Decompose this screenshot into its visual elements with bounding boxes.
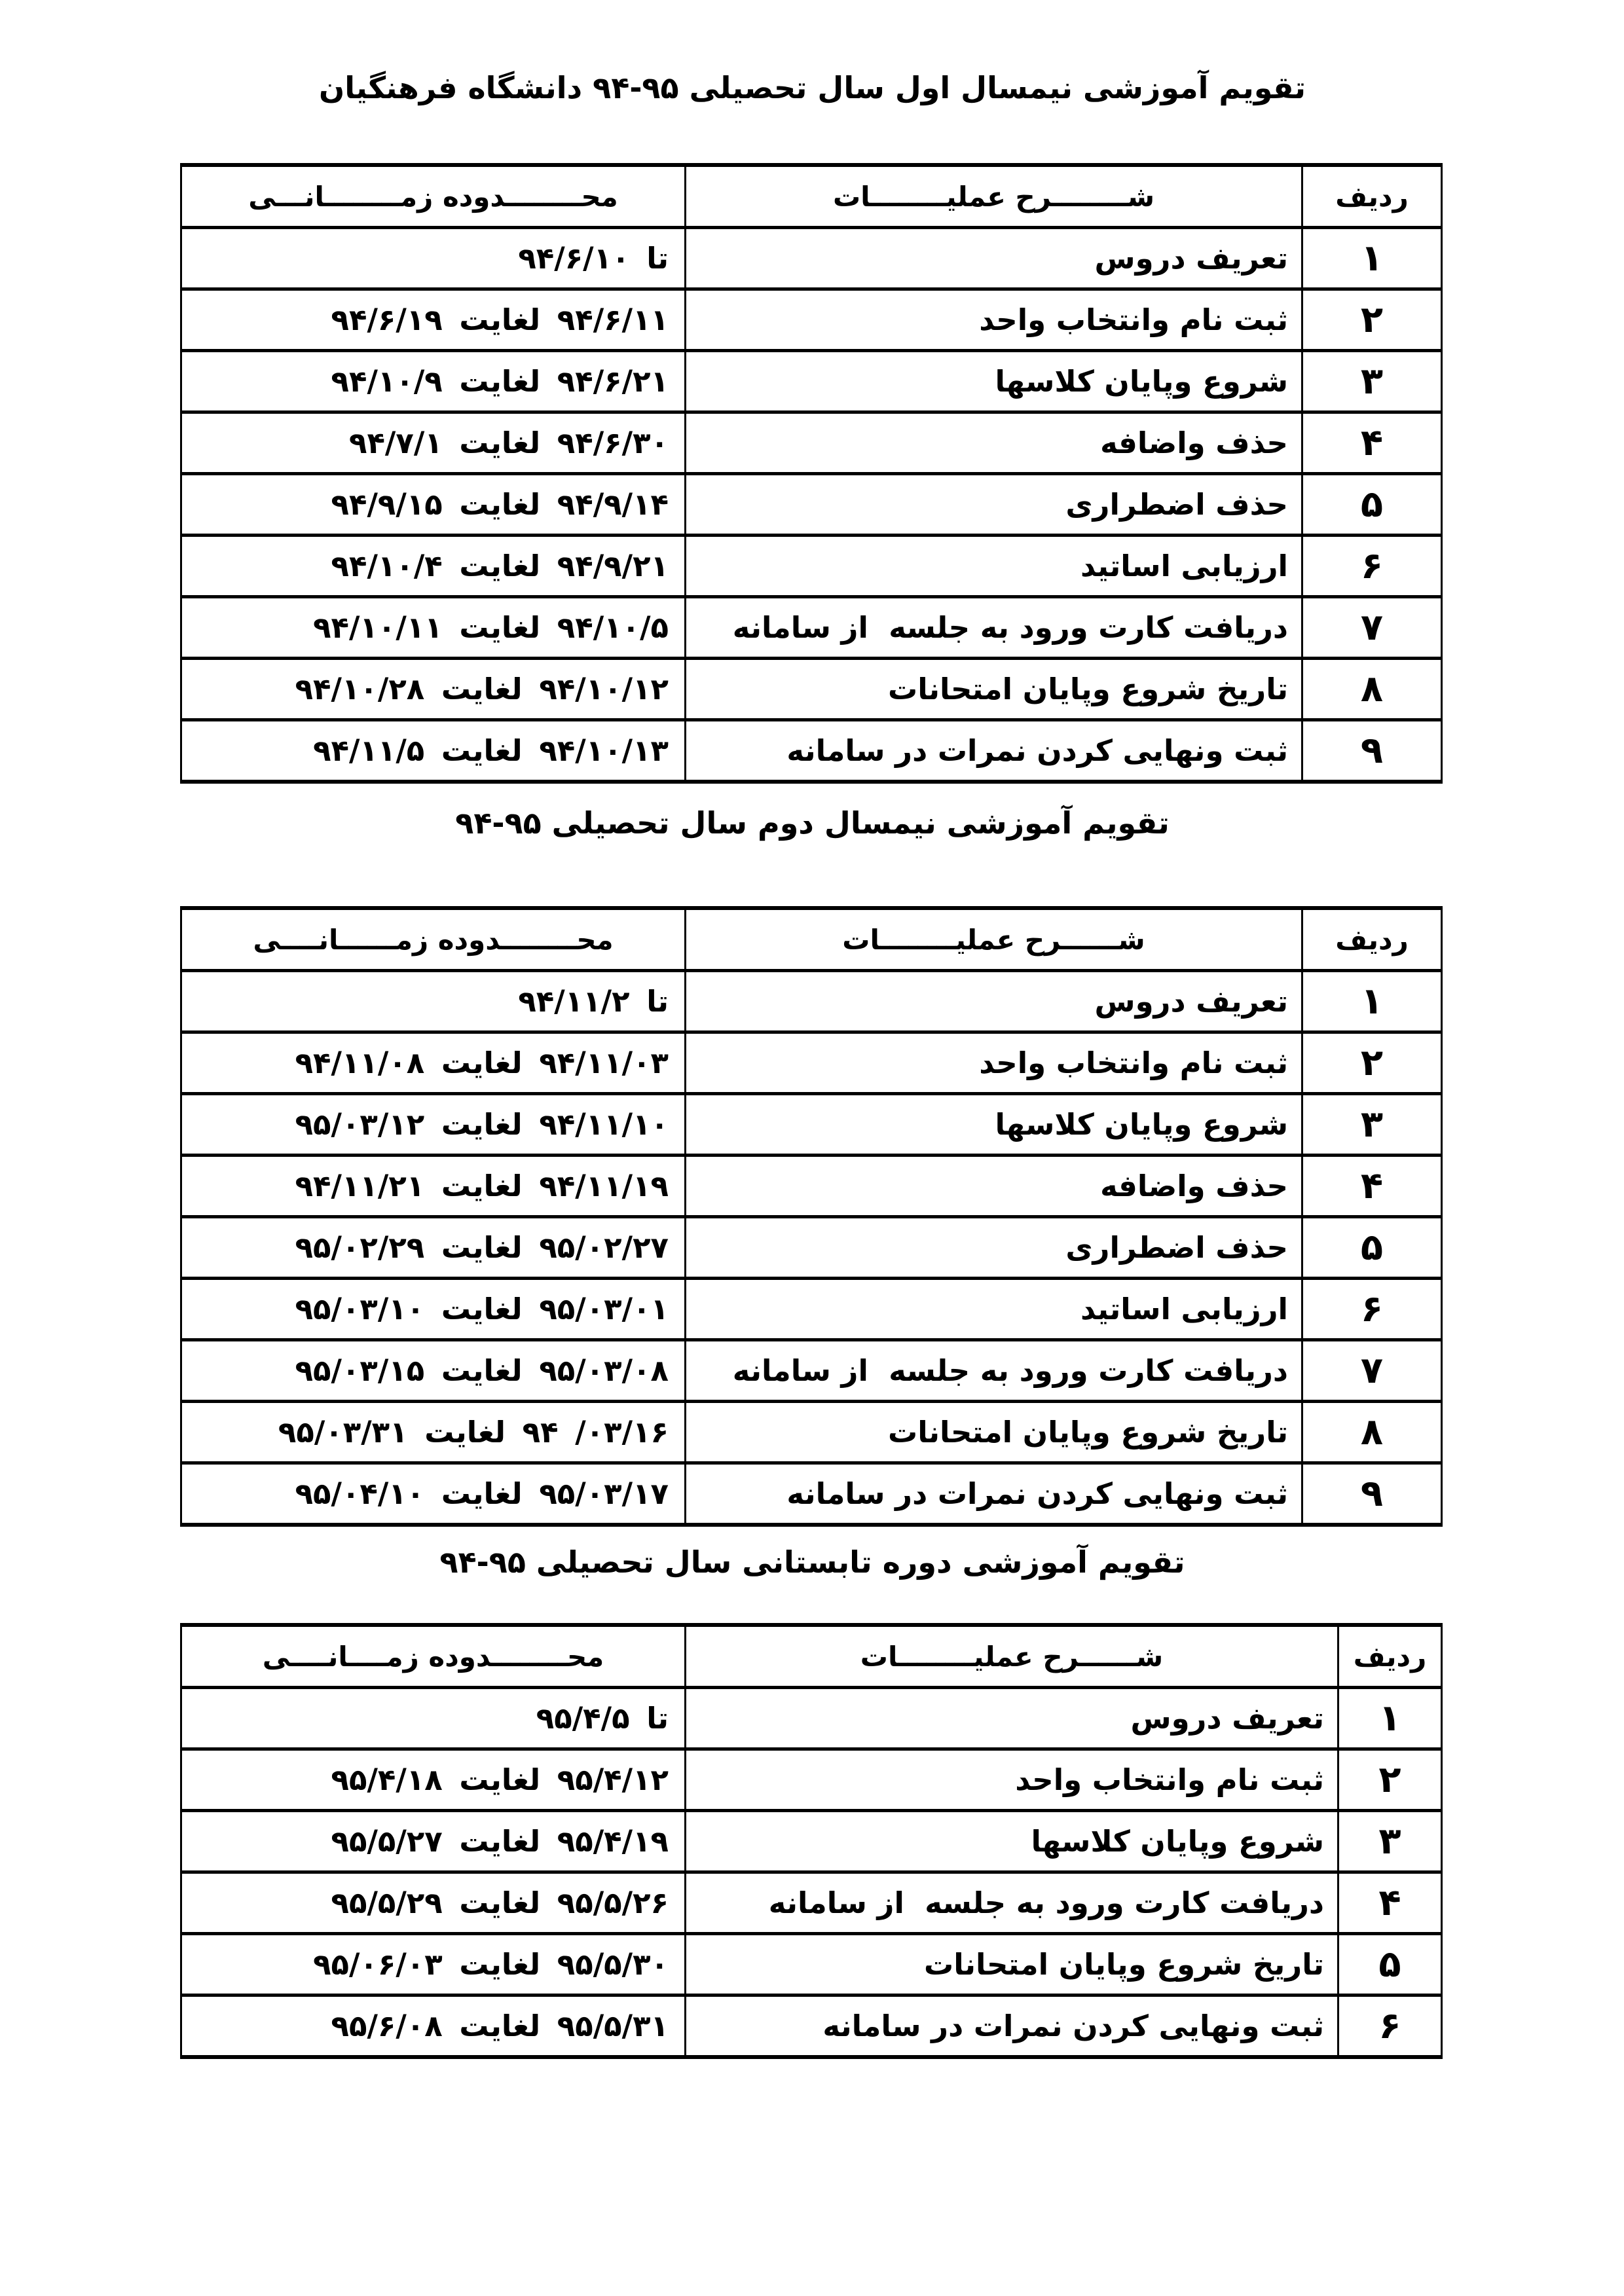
time-range-cell: ⁦۹۴ /۰۳/۱۶⁩ لغایت ۹۵/۰۳/۳۱ — [181, 1402, 686, 1463]
time-range-cell: ۹۵/۵/۳۱ لغایت ۹۵/۶/۰۸ — [181, 1995, 686, 2058]
table-row: ۲ثبت نام وانتخاب واحد۹۵/۴/۱۲ لغایت ۹۵/۴/… — [181, 1749, 1442, 1811]
operation-cell: حذف اضطراری — [686, 1217, 1302, 1279]
operation-cell: حذف اضطراری — [686, 474, 1302, 536]
table-row: ۳شروع وپایان کلاسها۹۴/۱۱/۱۰ لغایت ۹۵/۰۳/… — [181, 1094, 1442, 1156]
row-number-cell: ۴ — [1302, 1156, 1442, 1217]
table-row: ۵تاریخ شروع وپایان امتحانات۹۵/۵/۳۰ لغایت… — [181, 1934, 1442, 1995]
time-range-cell: ۹۵/۴/۱۹ لغایت ۹۵/۵/۲۷ — [181, 1811, 686, 1872]
col-header-operations: شــــــــرح عملیــــــــات — [686, 165, 1302, 228]
operation-cell: تعریف دروس — [686, 1688, 1338, 1749]
page: تقویم آموزشی نیمسال اول سال تحصیلی ۹۵-۹۴… — [0, 0, 1624, 2296]
operation-cell: شروع وپایان کلاسها — [686, 351, 1302, 412]
table-row: ۴حذف واضافه۹۴/۱۱/۱۹ لغایت ۹۴/۱۱/۲۱ — [181, 1156, 1442, 1217]
time-range-cell: ۹۴/۶/۱۱ لغایت ۹۴/۶/۱۹ — [181, 289, 686, 351]
time-range-cell: ۹۴/۱۱/۱۹ لغایت ۹۴/۱۱/۲۱ — [181, 1156, 686, 1217]
col-header-operations: شــــــرح عملیــــــــات — [686, 908, 1302, 971]
table-row: ۲ثبت نام وانتخاب واحد۹۴/۱۱/۰۳ لغایت ۹۴/۱… — [181, 1032, 1442, 1094]
operation-cell: ثبت ونهایی کردن نمرات در سامانه — [686, 1995, 1338, 2058]
row-number-cell: ۸ — [1302, 659, 1442, 720]
calendar-section: تقویم آموزشی نیمسال اول سال تحصیلی ۹۵-۹۴… — [182, 65, 1443, 784]
table-row: ۸تاریخ شروع وپایان امتحانات۹۴/۱۰/۱۲ لغای… — [181, 659, 1442, 720]
operation-cell: ثبت نام وانتخاب واحد — [686, 289, 1302, 351]
row-number-cell: ۴ — [1302, 412, 1442, 474]
section-title: تقویم آموزشی نیمسال دوم سال تحصیلی ۹۵-۹۴ — [182, 801, 1443, 846]
operation-cell: دریافت کارت ورود به جلسه از سامانه — [686, 1340, 1302, 1402]
row-number-cell: ۳ — [1338, 1811, 1442, 1872]
row-number-cell: ۳ — [1302, 1094, 1442, 1156]
col-header-radif: ردیف — [1338, 1625, 1442, 1688]
document: تقویم آموزشی نیمسال اول سال تحصیلی ۹۵-۹۴… — [182, 0, 1443, 2059]
table-row: ۵حذف اضطراری۹۵/۰۲/۲۷ لغایت ۹۵/۰۲/۲۹ — [181, 1217, 1442, 1279]
row-number-cell: ۵ — [1302, 1217, 1442, 1279]
section-title: تقویم آموزشی دوره تابستانی سال تحصیلی ۹۵… — [182, 1540, 1443, 1585]
col-header-time-range: محــــــــدوده زمــــــانــــی — [181, 908, 686, 971]
time-range-cell: ۹۴/۱۰/۵ لغایت ۹۴/۱۰/۱۱ — [181, 597, 686, 659]
table-row: ۶ارزیابی اساتید۹۵/۰۳/۰۱ لغایت ۹۵/۰۳/۱۰ — [181, 1279, 1442, 1340]
time-range-cell: ۹۴/۶/۳۰ لغایت ۹۴/۷/۱ — [181, 412, 686, 474]
col-header-radif: ردیف — [1302, 908, 1442, 971]
row-number-cell: ۹ — [1302, 720, 1442, 782]
operation-cell: تعریف دروس — [686, 971, 1302, 1032]
time-range-cell: ۹۵/۰۲/۲۷ لغایت ۹۵/۰۲/۲۹ — [181, 1217, 686, 1279]
row-number-cell: ۷ — [1302, 597, 1442, 659]
time-range-cell: ۹۵/۵/۳۰ لغایت ۹۵/۰۶/۰۳ — [181, 1934, 686, 1995]
operation-cell: شروع وپایان کلاسها — [686, 1094, 1302, 1156]
table-row: ۴حذف واضافه۹۴/۶/۳۰ لغایت ۹۴/۷/۱ — [181, 412, 1442, 474]
row-number-cell: ۲ — [1302, 289, 1442, 351]
time-range-cell: تا ۹۵/۴/۵ — [181, 1688, 686, 1749]
row-number-cell: ۲ — [1302, 1032, 1442, 1094]
table-row: ۷دریافت کارت ورود به جلسه از سامانه۹۵/۰۳… — [181, 1340, 1442, 1402]
operation-cell: ثبت نام وانتخاب واحد — [686, 1032, 1302, 1094]
time-range-cell: ۹۴/۱۱/۱۰ لغایت ۹۵/۰۳/۱۲ — [181, 1094, 686, 1156]
time-range-cell: ۹۵/۰۳/۱۷ لغایت ۹۵/۰۴/۱۰ — [181, 1463, 686, 1525]
row-number-cell: ۹ — [1302, 1463, 1442, 1525]
row-number-cell: ۷ — [1302, 1340, 1442, 1402]
calendar-table: ردیف شــــــــرح عملیــــــــات محــــــ… — [180, 163, 1443, 784]
table-row: ۶ثبت ونهایی کردن نمرات در سامانه۹۵/۵/۳۱ … — [181, 1995, 1442, 2058]
table-row: ۳شروع وپایان کلاسها۹۵/۴/۱۹ لغایت ۹۵/۵/۲۷ — [181, 1811, 1442, 1872]
operation-cell: تعریف دروس — [686, 228, 1302, 289]
operation-cell: تاریخ شروع وپایان امتحانات — [686, 1934, 1338, 1995]
table-header-row: ردیف شــــــــرح عملیــــــــات محــــــ… — [181, 165, 1442, 228]
time-range-cell: تا ۹۴/۶/۱۰ — [181, 228, 686, 289]
row-number-cell: ۶ — [1302, 1279, 1442, 1340]
calendar-section: تقویم آموزشی دوره تابستانی سال تحصیلی ۹۵… — [182, 1540, 1443, 2059]
table-row: ۴دریافت کارت ورود به جلسه از سامانه۹۵/۵/… — [181, 1872, 1442, 1934]
time-range-cell: ۹۵/۰۳/۰۱ لغایت ۹۵/۰۳/۱۰ — [181, 1279, 686, 1340]
table-row: ۹ثبت ونهایی کردن نمرات در سامانه۹۴/۱۰/۱۳… — [181, 720, 1442, 782]
row-number-cell: ۱ — [1302, 228, 1442, 289]
row-number-cell: ۱ — [1302, 971, 1442, 1032]
table-header-row: ردیف شــــــرح عملیــــــــات محــــــــ… — [181, 908, 1442, 971]
operation-cell: حذف واضافه — [686, 1156, 1302, 1217]
time-range-cell: ۹۵/۵/۲۶ لغایت ۹۵/۵/۲۹ — [181, 1872, 686, 1934]
operation-cell: دریافت کارت ورود به جلسه از سامانه — [686, 1872, 1338, 1934]
table-row: ۵حذف اضطراری۹۴/۹/۱۴ لغایت ۹۴/۹/۱۵ — [181, 474, 1442, 536]
operation-cell: دریافت کارت ورود به جلسه از سامانه — [686, 597, 1302, 659]
col-header-time-range: محــــــــدوده زمــــــــانـــی — [181, 165, 686, 228]
time-range-cell: ۹۴/۹/۱۴ لغایت ۹۴/۹/۱۵ — [181, 474, 686, 536]
col-header-radif: ردیف — [1302, 165, 1442, 228]
operation-cell: ثبت ونهایی کردن نمرات در سامانه — [686, 720, 1302, 782]
row-number-cell: ۶ — [1338, 1995, 1442, 2058]
row-number-cell: ۵ — [1338, 1934, 1442, 1995]
operation-cell: ارزیابی اساتید — [686, 1279, 1302, 1340]
time-range-cell: ۹۵/۰۳/۰۸ لغایت ۹۵/۰۳/۱۵ — [181, 1340, 686, 1402]
table-row: ۲ثبت نام وانتخاب واحد۹۴/۶/۱۱ لغایت ۹۴/۶/… — [181, 289, 1442, 351]
time-range-cell: ۹۴/۱۰/۱۲ لغایت ۹۴/۱۰/۲۸ — [181, 659, 686, 720]
table-row: ۱تعریف دروستا ۹۵/۴/۵ — [181, 1688, 1442, 1749]
row-number-cell: ۵ — [1302, 474, 1442, 536]
time-range-cell: ۹۴/۹/۲۱ لغایت ۹۴/۱۰/۴ — [181, 536, 686, 597]
operation-cell: ثبت ونهایی کردن نمرات در سامانه — [686, 1463, 1302, 1525]
row-number-cell: ۶ — [1302, 536, 1442, 597]
operation-cell: تاریخ شروع وپایان امتحانات — [686, 659, 1302, 720]
section-title: تقویم آموزشی نیمسال اول سال تحصیلی ۹۵-۹۴… — [182, 65, 1443, 111]
operation-cell: حذف واضافه — [686, 412, 1302, 474]
operation-cell: ثبت نام وانتخاب واحد — [686, 1749, 1338, 1811]
time-range-cell: ۹۴/۱۱/۰۳ لغایت ۹۴/۱۱/۰۸ — [181, 1032, 686, 1094]
row-number-cell: ۱ — [1338, 1688, 1442, 1749]
col-header-time-range: محــــــــدوده زمــــانــــی — [181, 1625, 686, 1688]
row-number-cell: ۸ — [1302, 1402, 1442, 1463]
operation-cell: تاریخ شروع وپایان امتحانات — [686, 1402, 1302, 1463]
time-range-cell: ۹۴/۶/۲۱ لغایت ۹۴/۱۰/۹ — [181, 351, 686, 412]
row-number-cell: ۳ — [1302, 351, 1442, 412]
table-row: ۹ثبت ونهایی کردن نمرات در سامانه۹۵/۰۳/۱۷… — [181, 1463, 1442, 1525]
table-row: ۱تعریف دروستا ۹۴/۱۱/۲ — [181, 971, 1442, 1032]
table-row: ۱تعریف دروستا ۹۴/۶/۱۰ — [181, 228, 1442, 289]
row-number-cell: ۴ — [1338, 1872, 1442, 1934]
time-range-cell: تا ۹۴/۱۱/۲ — [181, 971, 686, 1032]
table-row: ۶ارزیابی اساتید۹۴/۹/۲۱ لغایت ۹۴/۱۰/۴ — [181, 536, 1442, 597]
calendar-section: تقویم آموزشی نیمسال دوم سال تحصیلی ۹۵-۹۴… — [182, 801, 1443, 1527]
calendar-table: ردیف شــــــرح عملیــــــــات محــــــــ… — [180, 906, 1443, 1527]
table-header-row: ردیف شــــــرح عملیــــــــات محــــــــ… — [181, 1625, 1442, 1688]
table-row: ۷دریافت کارت ورود به جلسه از سامانه۹۴/۱۰… — [181, 597, 1442, 659]
col-header-operations: شــــــرح عملیــــــــات — [686, 1625, 1338, 1688]
time-range-cell: ۹۵/۴/۱۲ لغایت ۹۵/۴/۱۸ — [181, 1749, 686, 1811]
table-row: ۳شروع وپایان کلاسها۹۴/۶/۲۱ لغایت ۹۴/۱۰/۹ — [181, 351, 1442, 412]
operation-cell: ارزیابی اساتید — [686, 536, 1302, 597]
table-row: ۸تاریخ شروع وپایان امتحانات⁦۹۴ /۰۳/۱۶⁩ ل… — [181, 1402, 1442, 1463]
time-range-cell: ۹۴/۱۰/۱۳ لغایت ۹۴/۱۱/۵ — [181, 720, 686, 782]
operation-cell: شروع وپایان کلاسها — [686, 1811, 1338, 1872]
calendar-table: ردیف شــــــرح عملیــــــــات محــــــــ… — [180, 1623, 1443, 2059]
row-number-cell: ۲ — [1338, 1749, 1442, 1811]
